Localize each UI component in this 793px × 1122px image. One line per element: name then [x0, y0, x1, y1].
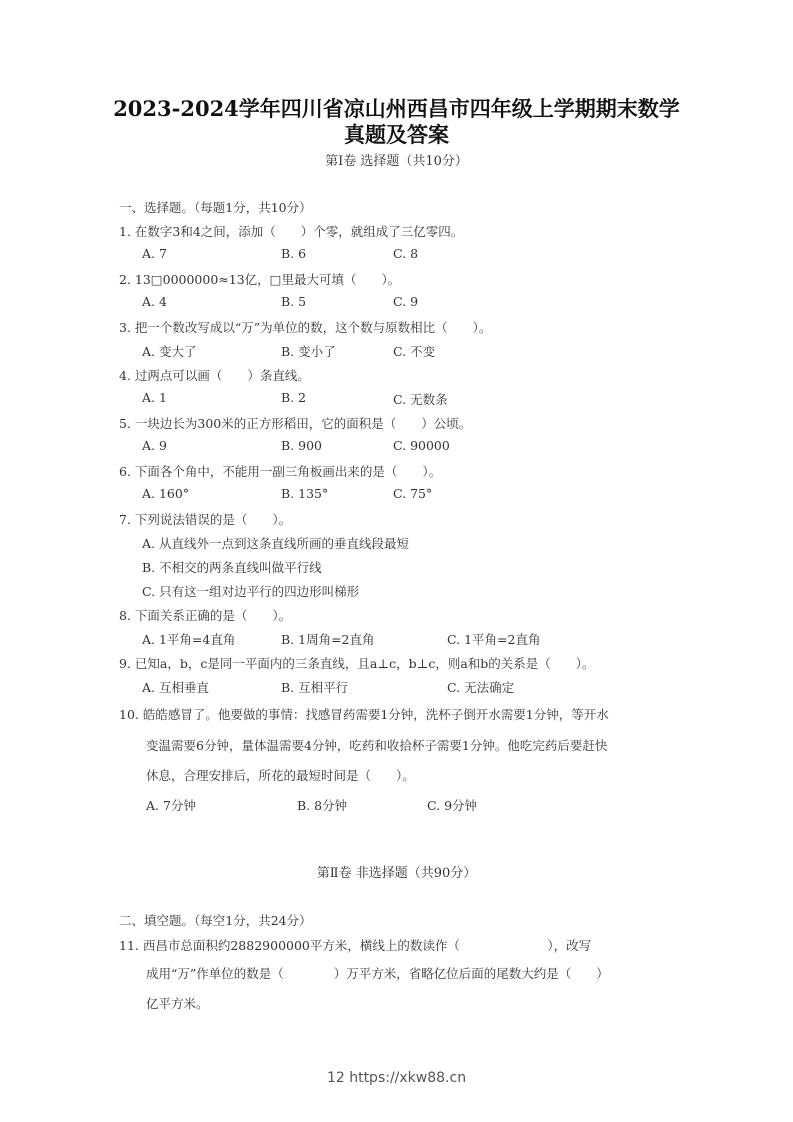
q8-option-b: B. 1周角=2直角: [281, 630, 375, 648]
q7-option-b: B. 不相交的两条直线叫做平行线: [142, 558, 322, 576]
q10-option-a: A. 7分钟: [146, 796, 196, 814]
question-11-line2: 成用“万”作单位的数是（ ）万平方米，省略亿位后面的尾数大约是（ ）: [146, 964, 609, 982]
q8-option-a: A. 1平角=4直角: [142, 630, 235, 648]
part1-heading: 第Ⅰ卷 选择题（共10分）: [0, 150, 793, 169]
question-7: 7. 下列说法错误的是（ ）。: [119, 510, 291, 528]
q4-option-a: A. 1: [142, 390, 167, 405]
q8-option-c: C. 1平角=2直角: [447, 630, 540, 648]
q5-option-c: C. 90000: [393, 438, 450, 453]
q6-option-a: A. 160°: [142, 486, 189, 501]
page-footer[interactable]: 12 https://xkw88.cn: [0, 1070, 793, 1086]
q5-option-b: B. 900: [281, 438, 322, 453]
section-1-heading: 一、选择题。（每题1分，共10分）: [119, 198, 312, 216]
question-10-line3: 休息，合理安排后，所花的最短时间是（ ）。: [146, 766, 415, 784]
q2-option-a: A. 4: [142, 294, 167, 309]
question-11-line1: 11. 西昌市总面积约2882900000平方米，横线上的数读作（ ），改写: [119, 936, 591, 954]
document-title-line1: 2023-2024学年四川省凉山州西昌市四年级上学期期末数学: [0, 96, 793, 122]
q6-option-b: B. 135°: [281, 486, 328, 501]
question-4: 4. 过两点可以画（ ）条直线。: [119, 366, 310, 384]
q1-option-b: B. 6: [281, 246, 306, 261]
q9-option-b: B. 互相平行: [281, 678, 348, 696]
q1-option-c: C. 8: [393, 246, 418, 261]
section-2-heading: 二、填空题。（每空1分，共24分）: [119, 911, 312, 929]
q7-option-c: C. 只有这一组对边平行的四边形叫梯形: [142, 582, 359, 600]
q3-option-c: C. 不变: [393, 342, 435, 360]
question-6: 6. 下面各个角中，不能用一副三角板画出来的是（ ）。: [119, 462, 441, 480]
question-8: 8. 下面关系正确的是（ ）。: [119, 606, 291, 624]
q1-option-a: A. 7: [142, 246, 167, 261]
q5-option-a: A. 9: [142, 438, 167, 453]
q6-option-c: C. 75°: [393, 486, 432, 501]
q4-option-c: C. 无数条: [393, 390, 448, 408]
q2-option-b: B. 5: [281, 294, 306, 309]
q7-option-a: A. 从直线外一点到这条直线所画的垂直线段最短: [142, 534, 409, 552]
question-3: 3. 把一个数改写成以“万”为单位的数，这个数与原数相比（ ）。: [119, 318, 491, 336]
q10-option-b: B. 8分钟: [297, 796, 347, 814]
q3-option-b: B. 变小了: [281, 342, 336, 360]
question-5: 5. 一块边长为300米的正方形稻田，它的面积是（ ）公顷。: [119, 414, 471, 432]
question-2: 2. 13□0000000≈13亿，□里最大可填（ ）。: [119, 270, 400, 288]
q4-option-b: B. 2: [281, 390, 306, 405]
document-title-line2: 真题及答案: [0, 122, 793, 148]
q3-option-a: A. 变大了: [142, 342, 196, 360]
question-1: 1. 在数字3和4之间，添加（ ）个零，就组成了三亿零四。: [119, 222, 463, 240]
question-9: 9. 已知a，b，c是同一平面内的三条直线，且a⊥c，b⊥c，则a和b的关系是（…: [119, 654, 595, 672]
q2-option-c: C. 9: [393, 294, 418, 309]
question-10-line1: 10. 皓皓感冒了。他要做的事情：找感冒药需要1分钟，洗杯子倒开水需要1分钟，等…: [119, 705, 609, 723]
q9-option-a: A. 互相垂直: [142, 678, 209, 696]
q9-option-c: C. 无法确定: [447, 678, 514, 696]
question-10-line2: 变温需要6分钟，量体温需要4分钟，吃药和收拾杯子需要1分钟。他吃完药后要赶快: [146, 736, 607, 754]
part2-heading: 第Ⅱ卷 非选择题（共90分）: [0, 862, 793, 881]
question-11-line3: 亿平方米。: [146, 994, 209, 1012]
q10-option-c: C. 9分钟: [427, 796, 477, 814]
